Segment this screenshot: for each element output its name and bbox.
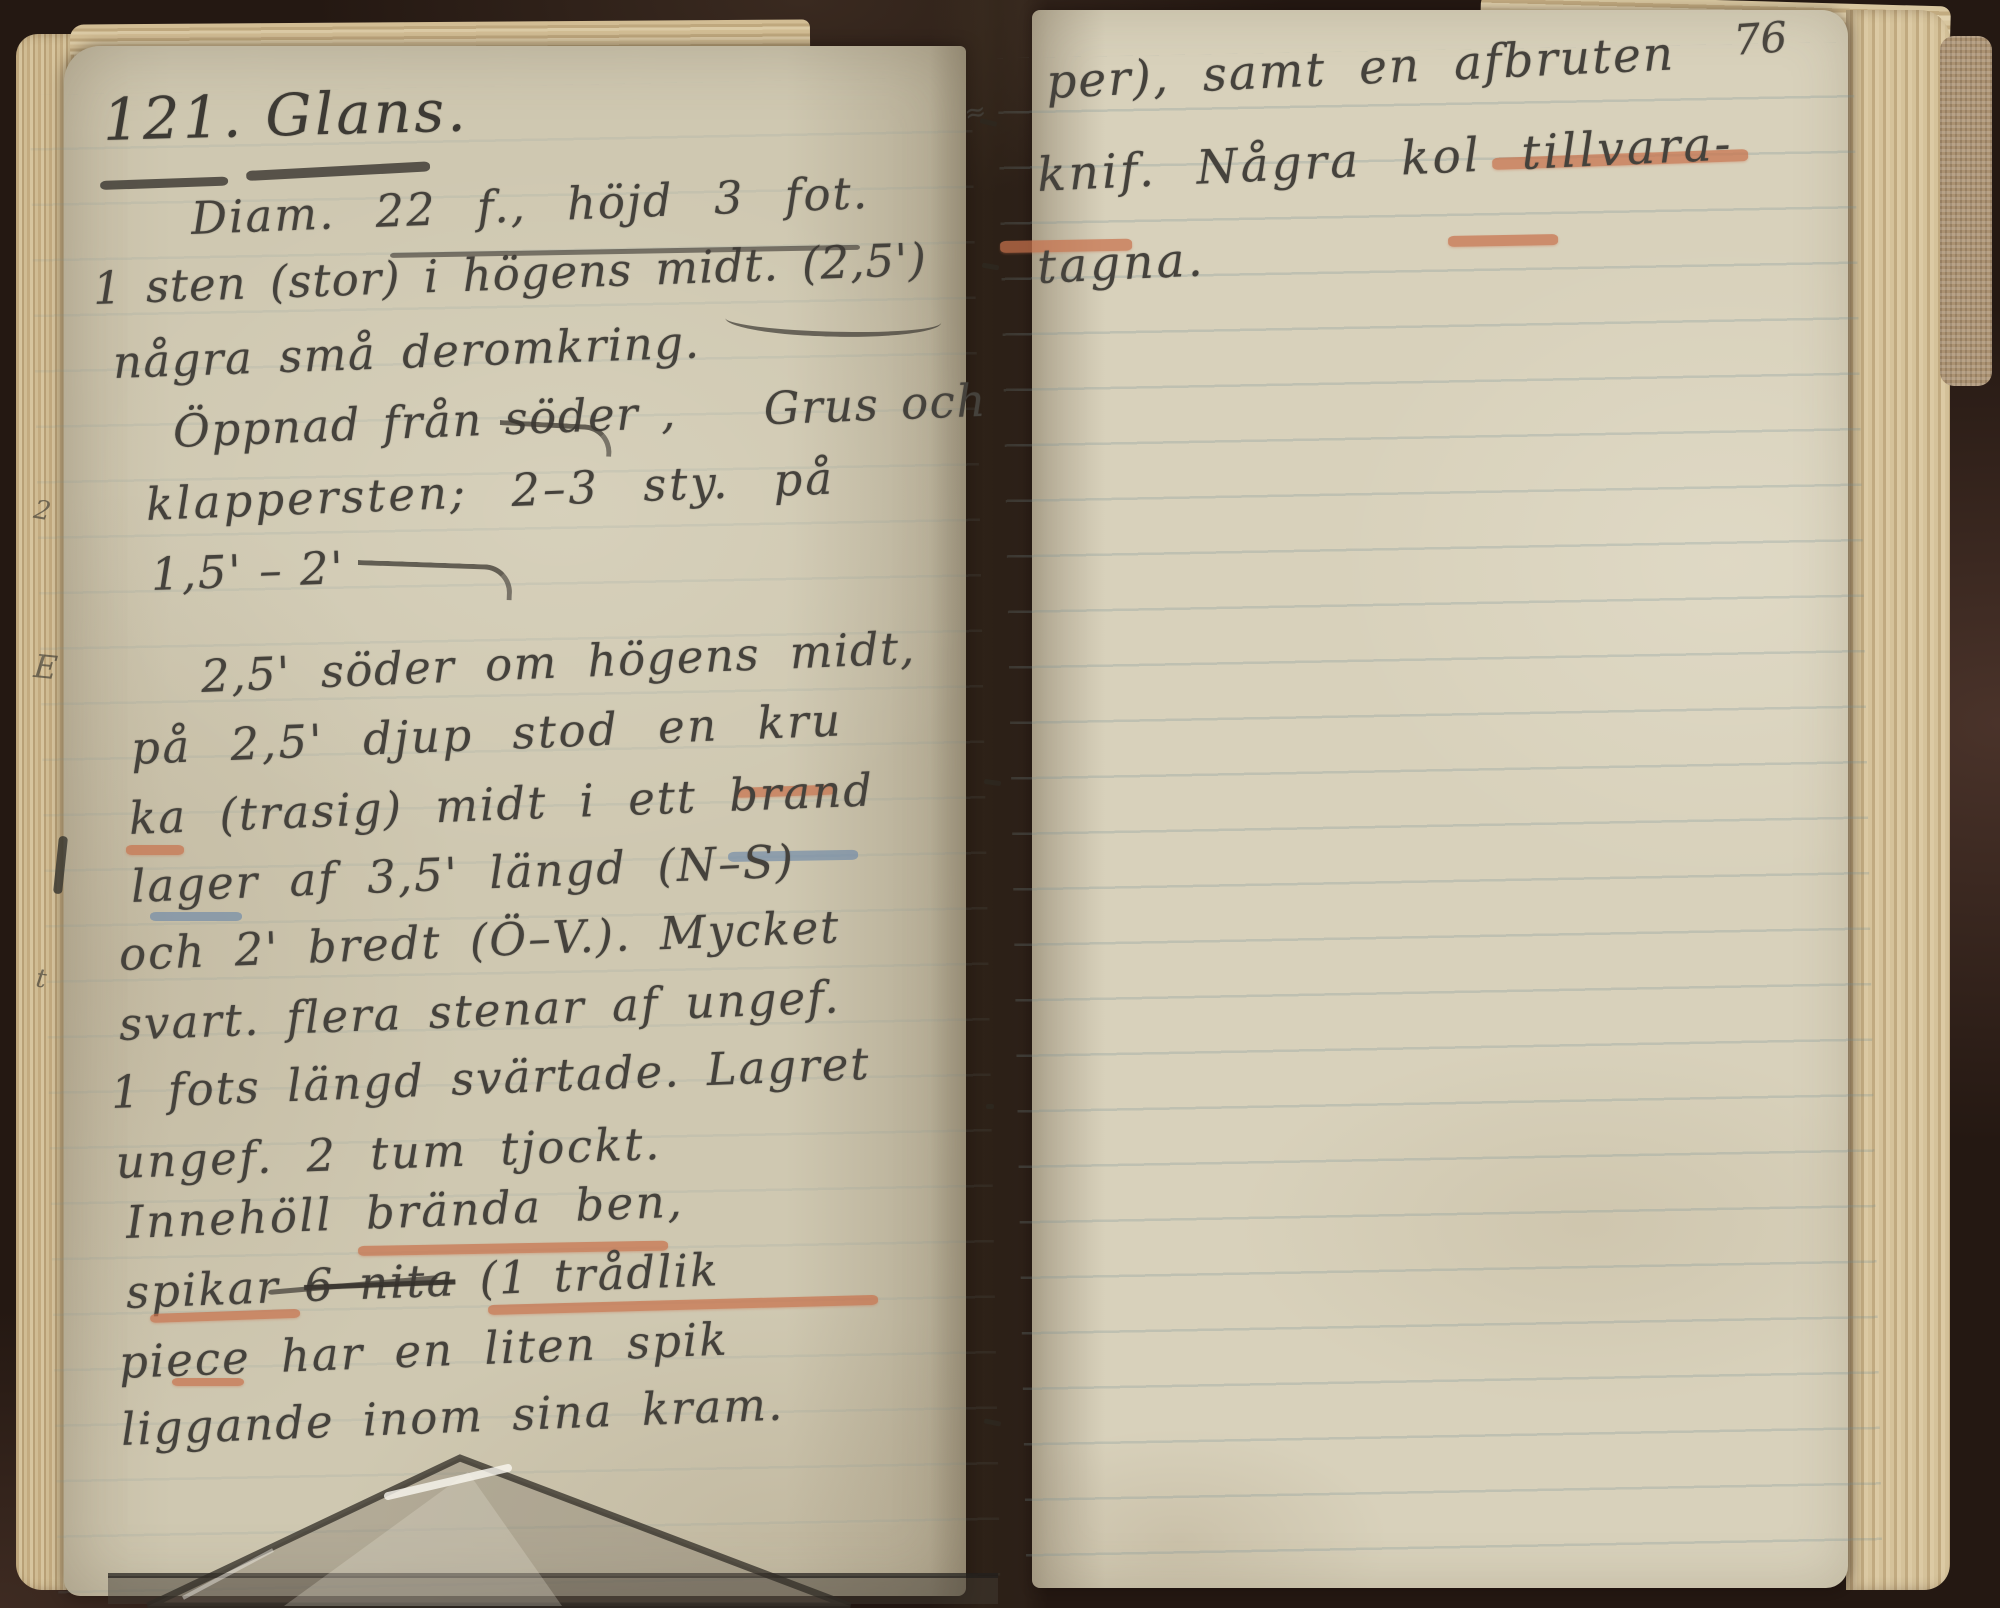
pencil-flourish [357,560,513,600]
notebook-photo: 121. Glans. Diam. 22 f., höjd 3 fot. 1 s… [0,0,2000,1608]
binding-stitch [986,1104,994,1109]
glass-paperweight-clip [88,1438,1018,1608]
line-segment: (1 trådlik [454,1243,720,1306]
page-number: 76 [1732,12,1789,65]
fore-edge-mark: E [32,647,59,687]
blue-underline-lager [150,912,242,921]
handwritten-line: 1,5' – 2' [150,541,346,601]
entry-heading: 121. Glans. [102,76,469,154]
worn-cover-cloth [1940,36,1992,386]
insertion-mark: ≈ [962,96,989,129]
red-underline-ka [126,845,184,855]
handwritten-line: tagna. [1036,232,1207,295]
red-underline-piece [172,1378,244,1386]
red-underline-kol [1448,234,1558,247]
